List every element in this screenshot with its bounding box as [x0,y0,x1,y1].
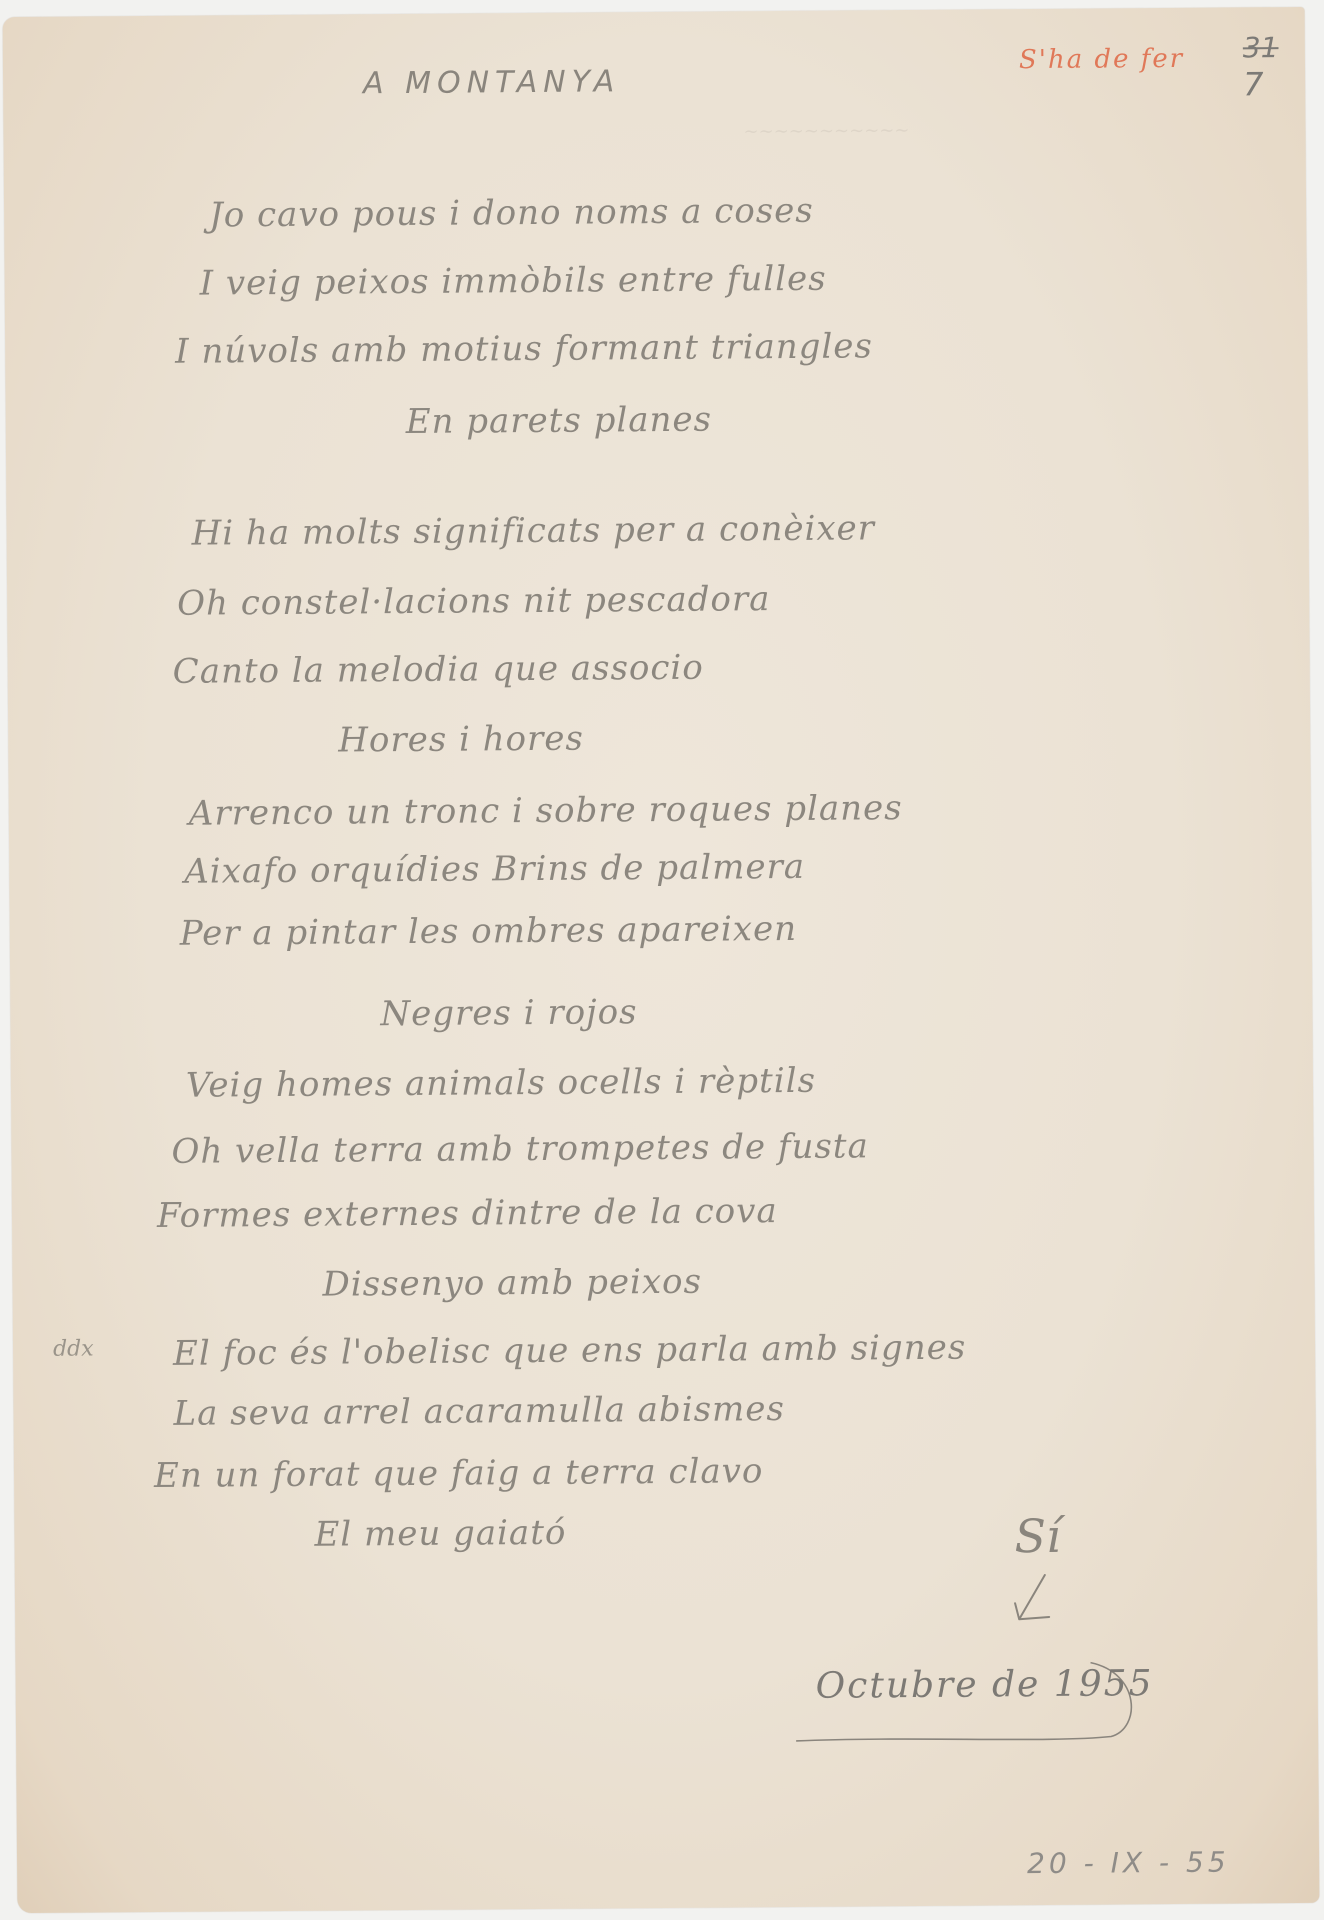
poem-title: A MONTANYA [363,64,620,101]
poem-refrain: Dissenyo amb peixos [322,1262,702,1305]
poem-line: Canto la melodia que associo [173,648,704,692]
poem-line: Veig homes animals ocells i rèptils [186,1061,816,1106]
poem-line: Aixafo orquídies Brins de palmera [184,847,805,892]
poem-line: En un forat que faig a terra clavo [154,1451,764,1496]
folio-number: 7 [1243,65,1264,103]
poem-line: Formes externes dintre de la cova [157,1191,778,1236]
si-mark: Sí [1014,1509,1061,1563]
composition-date: Octubre de 1955 [816,1663,1154,1707]
poem-line: I veig peixos immòbils entre fulles [200,259,827,304]
archive-date: 20 - IX - 55 [1027,1846,1230,1881]
manuscript-page: A MONTANYA S'ha de fer 31 7 ~~~~~~~~~~~ … [3,7,1320,1913]
poem-refrain: Negres i rojos [380,992,637,1034]
poem-line: Per a pintar les ombres apareixen [180,909,798,954]
poem-line: El foc és l'obelisc que ens parla amb si… [173,1328,966,1374]
folio-number-old: 31 [1243,31,1279,64]
margin-mark: ddx [53,1336,94,1361]
poem-refrain: En parets planes [406,400,713,442]
poem-line: Oh vella terra amb trompetes de fusta [171,1126,869,1171]
poem-refrain: El meu gaiató [314,1513,566,1555]
poem-line: La seva arrel acaramulla abismes [173,1389,785,1434]
erased-text-trace: ~~~~~~~~~~~ [743,120,909,142]
poem-line: I núvols amb motius formant triangles [175,326,873,371]
poem-line: Jo cavo pous i dono noms a coses [209,191,814,236]
poem-refrain: Hores i hores [338,719,584,761]
poem-line: Hi ha molts significats per a conèixer [191,508,875,553]
red-pencil-note: S'ha de fer [1019,44,1184,75]
arrow-down-left-icon [1005,1569,1065,1629]
poem-line: Oh constel·lacions nit pescadora [177,579,771,624]
poem-line: Arrenco un tronc i sobre roques planes [189,788,903,834]
